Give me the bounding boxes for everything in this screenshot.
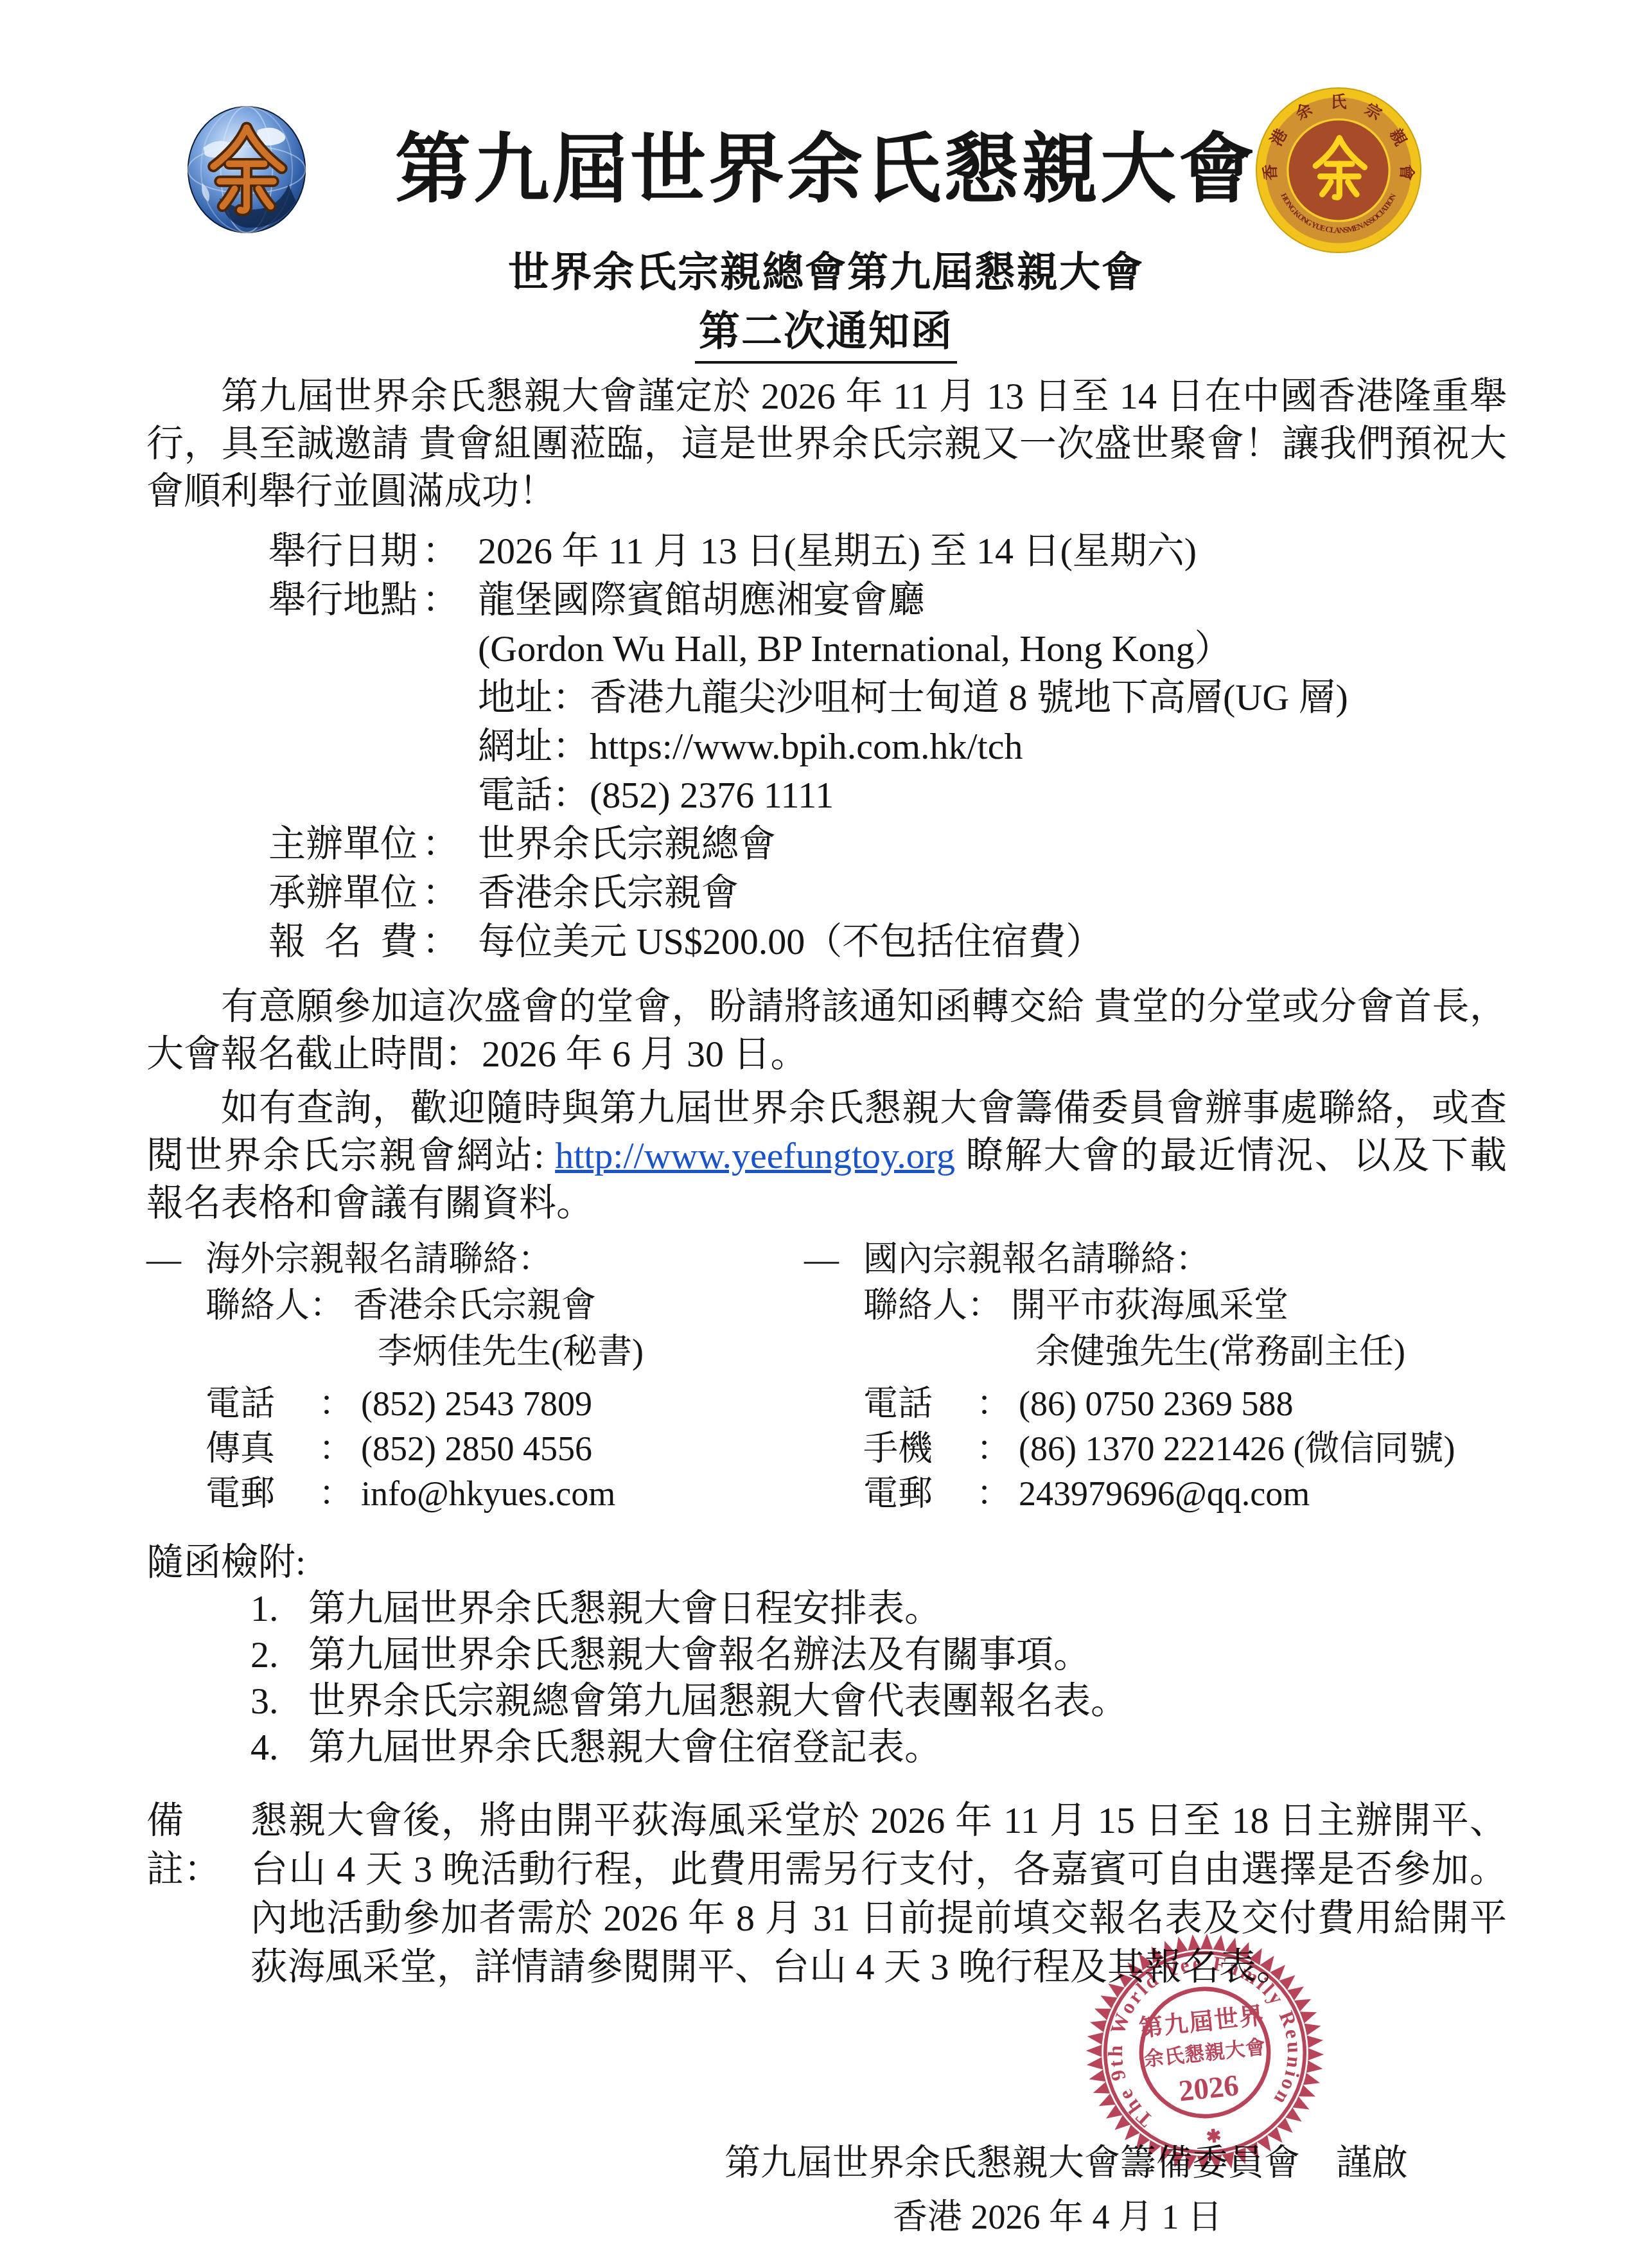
colon: ：: [417, 820, 464, 869]
notice-title-wrap: 第二次通知函: [0, 298, 1652, 364]
detail-value: 網址：https://www.bpih.com.hk/tch: [478, 722, 1507, 771]
notice-title: 第二次通知函: [695, 298, 957, 364]
detail-value: 世界余氏宗親總會: [478, 820, 1507, 869]
contact-label: 電話: [206, 1381, 316, 1426]
colon: ：: [417, 917, 464, 966]
contact-row: 電話：(86) 0750 2369 588: [804, 1381, 1507, 1426]
domestic-heading-row: — 國內宗親報名請聯絡：: [804, 1236, 1507, 1282]
closing-date: 香港 2026 年 4 月 1 日: [893, 2189, 1222, 2239]
dash: —: [146, 1236, 206, 1282]
list-item: 4.第九屆世界余氏懇親大會住宿登記表。: [250, 1724, 1507, 1771]
detail-row-phone: 電話：(852) 2376 1111: [268, 771, 1507, 820]
detail-label: 報名費: [268, 917, 417, 966]
yeefungtoy-link[interactable]: http://www.yeefungtoy.org: [555, 1135, 955, 1176]
dash: —: [804, 1236, 863, 1282]
colon: ：: [316, 1381, 356, 1426]
detail-row-fee: 報名費：每位美元 US$200.00（不包括住宿費）: [268, 917, 1507, 966]
subtitle: 世界余氏宗親總會第九屆懇親大會: [0, 239, 1652, 298]
contact-label: 傳真: [206, 1426, 316, 1471]
item-text: 第九屆世界余氏懇親大會日程安排表。: [308, 1586, 942, 1632]
contact-value: (86) 0750 2369 588: [1019, 1381, 1293, 1426]
overseas-heading-row: — 海外宗親報名請聯絡：: [146, 1236, 804, 1282]
contact-value: (86) 1370 2221426 (微信同號): [1019, 1426, 1455, 1471]
colon: ：: [316, 1471, 356, 1516]
reunion-stamp-icon: The 9th World Yee Family Reunion 第九屆世界 余…: [1073, 1920, 1337, 2184]
item-text: 第九屆世界余氏懇親大會報名辦法及有關事項。: [308, 1632, 1091, 1678]
colon: ：: [417, 869, 464, 917]
domestic-contact-person-row: 聯絡人： 開平市荻海風采堂: [804, 1282, 1507, 1329]
event-details: 舉行日期：2026 年 11 月 13 日(星期五) 至 14 日(星期六) 舉…: [268, 527, 1507, 966]
detail-value: (Gordon Wu Hall, BP International, Hong …: [478, 624, 1507, 673]
detail-row-host: 承辦單位：香港余氏宗親會: [268, 869, 1507, 917]
colon: ：: [417, 576, 464, 624]
list-item: 1.第九屆世界余氏懇親大會日程安排表。: [250, 1586, 1507, 1632]
contacts-section: — 海外宗親報名請聯絡： 聯絡人： 香港余氏宗親會 李炳佳先生(秘書) 電話：(…: [146, 1236, 1507, 1516]
detail-label: 承辦單位: [268, 869, 417, 917]
enclosures-label: 隨函檢附:: [146, 1539, 1507, 1586]
contact-person-label: 聯絡人：: [206, 1282, 344, 1329]
intro-paragraph: 第九屆世界余氏懇親大會謹定於 2026 年 11 月 13 日至 14 日在中國…: [146, 373, 1507, 515]
list-item: 3.世界余氏宗親總會第九屆懇親大會代表團報名表。: [250, 1678, 1507, 1724]
detail-row-website: 網址：https://www.bpih.com.hk/tch: [268, 722, 1507, 771]
contact-person-label: 聯絡人：: [863, 1282, 1002, 1329]
detail-value: 香港余氏宗親會: [478, 869, 1507, 917]
domestic-org: 開平市荻海風采堂: [1011, 1282, 1288, 1329]
contact-label: 電郵: [206, 1471, 316, 1516]
item-number: 4.: [250, 1724, 308, 1771]
overseas-phone-rows: 電話：(852) 2543 7809 傳真：(852) 2850 4556 電郵…: [146, 1381, 804, 1516]
enclosures-list: 1.第九屆世界余氏懇親大會日程安排表。 2.第九屆世界余氏懇親大會報名辦法及有關…: [250, 1586, 1507, 1771]
contact-row: 手機：(86) 1370 2221426 (微信同號): [804, 1426, 1507, 1471]
detail-label: 舉行地點: [268, 576, 417, 624]
overseas-heading: 海外宗親報名請聯絡：: [206, 1236, 552, 1282]
colon: ：: [974, 1426, 1014, 1471]
detail-row-venue: 舉行地點：龍堡國際賓館胡應湘宴會廳: [268, 576, 1507, 624]
detail-value: 龍堡國際賓館胡應湘宴會廳: [478, 576, 1507, 624]
item-text: 第九屆世界余氏懇親大會住宿登記表。: [308, 1724, 942, 1771]
item-number: 2.: [250, 1632, 308, 1678]
contact-value: (852) 2543 7809: [361, 1381, 592, 1426]
domestic-contact-column: — 國內宗親報名請聯絡： 聯絡人： 開平市荻海風采堂 余健強先生(常務副主任) …: [804, 1236, 1507, 1516]
colon: ：: [974, 1471, 1014, 1516]
detail-row-address: 地址：香港九龍尖沙咀柯士甸道 8 號地下高層(UG 層): [268, 673, 1507, 722]
overseas-org: 香港余氏宗親會: [353, 1282, 596, 1329]
contact-value: info@hkyues.com: [361, 1471, 615, 1516]
detail-row-organizer: 主辦單位：世界余氏宗親總會: [268, 820, 1507, 869]
detail-value: 每位美元 US$200.00（不包括住宿費）: [478, 917, 1507, 966]
detail-row-venue-en: (Gordon Wu Hall, BP International, Hong …: [268, 624, 1507, 673]
colon: ：: [974, 1381, 1014, 1426]
contact-value: 243979696@qq.com: [1019, 1471, 1310, 1516]
item-number: 1.: [250, 1586, 308, 1632]
detail-value: 電話：(852) 2376 1111: [478, 771, 1507, 820]
page-title: 第九屆世界余氏懇親大會: [0, 108, 1652, 217]
contact-row: 電話：(852) 2543 7809: [146, 1381, 804, 1426]
reunion-stamp: The 9th World Yee Family Reunion 第九屆世界 余…: [1073, 1920, 1337, 2184]
stamp-year: 2026: [1177, 2069, 1240, 2108]
stamp-flower-icon: ✱: [1205, 2126, 1222, 2147]
contact-value: (852) 2850 4556: [361, 1426, 592, 1471]
overseas-contact-column: — 海外宗親報名請聯絡： 聯絡人： 香港余氏宗親會 李炳佳先生(秘書) 電話：(…: [146, 1236, 804, 1516]
list-item: 2.第九屆世界余氏懇親大會報名辦法及有關事項。: [250, 1632, 1507, 1678]
document-page: 香港余氏宗親會 HONG KONG YUE CLANSMEN ASSOCIATI…: [0, 0, 1652, 2253]
overseas-contact-person-row: 聯絡人： 香港余氏宗親會: [146, 1282, 804, 1329]
item-number: 3.: [250, 1678, 308, 1724]
detail-row-date: 舉行日期：2026 年 11 月 13 日(星期五) 至 14 日(星期六): [268, 527, 1507, 576]
contact-label: 手機: [863, 1426, 974, 1471]
domestic-heading: 國內宗親報名請聯絡：: [863, 1236, 1210, 1282]
contact-row: 電郵：info@hkyues.com: [146, 1471, 804, 1516]
overseas-person: 李炳佳先生(秘書): [378, 1329, 804, 1375]
deadline-paragraph: 有意願參加這次盛會的堂會，盼請將該通知函轉交給 貴堂的分堂或分會首長，大會報名截…: [146, 983, 1507, 1078]
domestic-phone-rows: 電話：(86) 0750 2369 588 手機：(86) 1370 22214…: [804, 1381, 1507, 1516]
detail-value: 2026 年 11 月 13 日(星期五) 至 14 日(星期六): [478, 527, 1507, 576]
contact-row: 傳真：(852) 2850 4556: [146, 1426, 804, 1471]
remarks-text: 懇親大會後，將由開平荻海風采堂於 2026 年 11 月 15 日至 18 日主…: [250, 1796, 1507, 1992]
contact-label: 電郵: [863, 1471, 974, 1516]
item-text: 世界余氏宗親總會第九屆懇親大會代表團報名表。: [308, 1678, 1128, 1724]
domestic-person: 余健強先生(常務副主任): [1035, 1329, 1507, 1375]
enclosures-section: 隨函檢附: 1.第九屆世界余氏懇親大會日程安排表。 2.第九屆世界余氏懇親大會報…: [146, 1539, 1507, 1771]
remarks-label: 備註：: [146, 1796, 250, 1992]
enquiry-paragraph: 如有查詢，歡迎隨時與第九屆世界余氏懇親大會籌備委員會辦事處聯絡，或查閱世界余氏宗…: [146, 1084, 1507, 1227]
detail-value: 地址：香港九龍尖沙咀柯士甸道 8 號地下高層(UG 層): [478, 673, 1507, 722]
colon: ：: [316, 1426, 356, 1471]
contact-row: 電郵：243979696@qq.com: [804, 1471, 1507, 1516]
letter-body: 第九屆世界余氏懇親大會謹定於 2026 年 11 月 13 日至 14 日在中國…: [146, 373, 1507, 1992]
detail-label: 主辦單位: [268, 820, 417, 869]
contact-label: 電話: [863, 1381, 974, 1426]
colon: ：: [417, 527, 464, 576]
detail-label: 舉行日期: [268, 527, 417, 576]
